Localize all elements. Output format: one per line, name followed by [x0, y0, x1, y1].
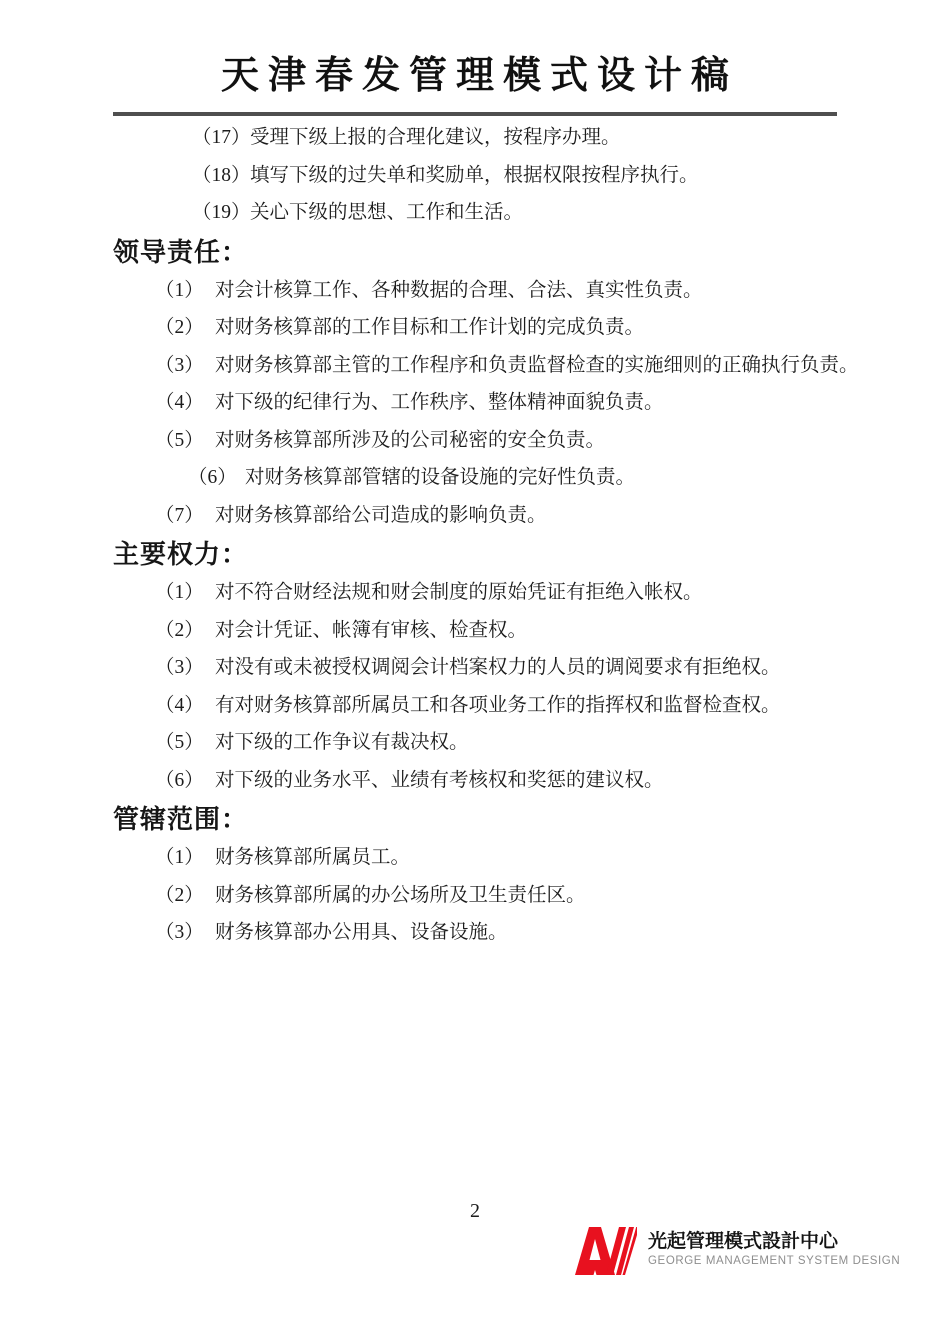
list-item-text: 对会计凭证、帐簿有审核、检查权。: [215, 620, 527, 641]
list-item-text: 对下级的业务水平、业绩有考核权和奖惩的建议权。: [215, 770, 664, 791]
list-item-text: 对下级的纪律行为、工作秩序、整体精神面貌负责。: [215, 392, 664, 413]
list-item-text: 财务核算部办公用具、设备设施。: [215, 922, 508, 943]
list-item-number: （5）: [155, 724, 215, 762]
logo-english-name: GEORGE MANAGEMENT SYSTEM DESIGN: [648, 1254, 900, 1269]
page-title: 天津春发管理模式设计稿: [0, 44, 950, 99]
list-item: （5）对财务核算部所涉及的公司秘密的安全负责。: [0, 422, 950, 460]
list-item-number: （4）: [155, 687, 215, 725]
list-item: （19）关心下级的思想、工作和生活。: [0, 194, 950, 232]
list-item-text: 受理下级上报的合理化建议，按程序办理。: [250, 127, 621, 148]
title-divider: [113, 112, 837, 116]
list-item: （3）对财务核算部主管的工作程序和负责监督检查的实施细则的正确执行负责。: [0, 347, 950, 385]
list-item-text: 财务核算部所属员工。: [215, 847, 410, 868]
list-item: （2）财务核算部所属的办公场所及卫生责任区。: [0, 877, 950, 915]
section-heading: 管辖范围：: [0, 799, 950, 839]
list-item: （7）对财务核算部给公司造成的影响负责。: [0, 497, 950, 535]
list-item: （17）受理下级上报的合理化建议，按程序办理。: [0, 119, 950, 157]
list-item-number: （3）: [155, 347, 215, 385]
list-item-number: （5）: [155, 422, 215, 460]
section-heading: 领导责任：: [0, 232, 950, 272]
list-item: （4）有对财务核算部所属员工和各项业务工作的指挥权和监督检查权。: [0, 687, 950, 725]
list-item-text: 对会计核算工作、各种数据的合理、合法、真实性负责。: [215, 280, 703, 301]
list-item: （6）对财务核算部管辖的设备设施的完好性负责。: [0, 459, 950, 497]
list-item: （2）对财务核算部的工作目标和工作计划的完成负责。: [0, 309, 950, 347]
list-item: （3）对没有或未被授权调阅会计档案权力的人员的调阅要求有拒绝权。: [0, 649, 950, 687]
document-page: 天津春发管理模式设计稿 （17）受理下级上报的合理化建议，按程序办理。（18）填…: [0, 0, 950, 1344]
list-item-number: （17）: [192, 119, 250, 157]
list-item-text: 对不符合财经法规和财会制度的原始凭证有拒绝入帐权。: [215, 582, 703, 603]
list-item: （1）对会计核算工作、各种数据的合理、合法、真实性负责。: [0, 272, 950, 310]
list-item-text: 对下级的工作争议有裁决权。: [215, 732, 469, 753]
logo-a-icon: [573, 1226, 637, 1276]
list-item-number: （2）: [155, 612, 215, 650]
logo-text: 光起管理模式設計中心 GEORGE MANAGEMENT SYSTEM DESI…: [648, 1231, 900, 1269]
list-item-number: （2）: [155, 877, 215, 915]
list-item: （4）对下级的纪律行为、工作秩序、整体精神面貌负责。: [0, 384, 950, 422]
section-heading: 主要权力：: [0, 534, 950, 574]
list-item-number: （1）: [155, 574, 215, 612]
list-item: （5）对下级的工作争议有裁决权。: [0, 724, 950, 762]
list-item: （6）对下级的业务水平、业绩有考核权和奖惩的建议权。: [0, 762, 950, 800]
list-item: （2）对会计凭证、帐簿有审核、检查权。: [0, 612, 950, 650]
list-item-number: （1）: [155, 839, 215, 877]
list-item-number: （2）: [155, 309, 215, 347]
list-item-text: 财务核算部所属的办公场所及卫生责任区。: [215, 885, 586, 906]
list-item-number: （7）: [155, 497, 215, 535]
logo-chinese-name: 光起管理模式設計中心: [648, 1231, 900, 1253]
list-item-number: （18）: [192, 157, 250, 195]
page-number: 2: [0, 1200, 950, 1223]
list-item-text: 对财务核算部主管的工作程序和负责监督检查的实施细则的正确执行负责。: [215, 355, 859, 376]
list-item-number: （1）: [155, 272, 215, 310]
list-item: （3）财务核算部办公用具、设备设施。: [0, 914, 950, 952]
list-item: （18）填写下级的过失单和奖励单，根据权限按程序执行。: [0, 157, 950, 195]
list-item-text: 有对财务核算部所属员工和各项业务工作的指挥权和监督检查权。: [215, 695, 781, 716]
list-item-text: 关心下级的思想、工作和生活。: [250, 202, 523, 223]
list-item: （1）对不符合财经法规和财会制度的原始凭证有拒绝入帐权。: [0, 574, 950, 612]
list-item-text: 对财务核算部管辖的设备设施的完好性负责。: [245, 467, 635, 488]
list-item-text: 对财务核算部所涉及的公司秘密的安全负责。: [215, 430, 605, 451]
list-item-number: （6）: [188, 459, 245, 497]
document-body: （17）受理下级上报的合理化建议，按程序办理。（18）填写下级的过失单和奖励单，…: [0, 119, 950, 952]
list-item-text: 对没有或未被授权调阅会计档案权力的人员的调阅要求有拒绝权。: [215, 657, 781, 678]
list-item-text: 对财务核算部的工作目标和工作计划的完成负责。: [215, 317, 644, 338]
list-item-number: （4）: [155, 384, 215, 422]
list-item-number: （19）: [192, 194, 250, 232]
list-item: （1）财务核算部所属员工。: [0, 839, 950, 877]
list-item-text: 对财务核算部给公司造成的影响负责。: [215, 505, 547, 526]
list-item-number: （3）: [155, 914, 215, 952]
list-item-text: 填写下级的过失单和奖励单，根据权限按程序执行。: [250, 165, 699, 186]
list-item-number: （6）: [155, 762, 215, 800]
company-logo: 光起管理模式設計中心 GEORGE MANAGEMENT SYSTEM DESI…: [573, 1226, 900, 1276]
list-item-number: （3）: [155, 649, 215, 687]
